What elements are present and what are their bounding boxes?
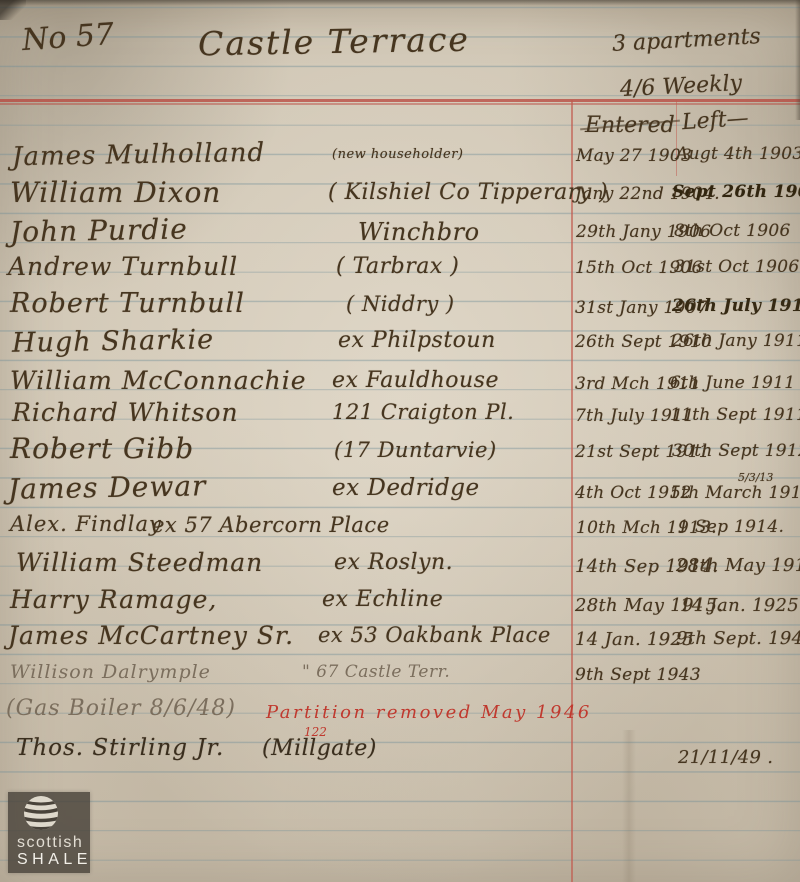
- tenant-origin: ex Roslyn.: [334, 550, 453, 575]
- left-date: 5th March 1913: [670, 483, 800, 503]
- table-row: Andrew Turnbull ( Tarbrax ) 15th Oct 190…: [0, 252, 800, 290]
- tenant-origin: ex Dedridge: [332, 475, 480, 501]
- tenant-name: William McConnachie: [10, 366, 307, 395]
- millgate-number: 122: [304, 725, 327, 739]
- photo-top-edge: [0, 0, 800, 6]
- tenant-origin: (new householder): [332, 147, 464, 162]
- left-date: 26th Jany 1911: [672, 331, 800, 351]
- tenant-origin: ex Fauldhouse: [332, 368, 499, 393]
- left-date: 26th July 1910: [672, 296, 800, 316]
- tenant-name: Richard Whitson: [12, 398, 239, 427]
- tenant-name: William Steedman: [16, 548, 263, 577]
- tenant-origin: (Millgate): [262, 736, 377, 761]
- left-date: 8th Oct 1906: [674, 221, 791, 241]
- street-name: Castle Terrace: [198, 20, 471, 64]
- tenant-origin: (17 Duntarvie): [334, 438, 497, 462]
- left-date: 11th Sept 1911: [670, 405, 800, 425]
- column-header-left: Left—: [681, 106, 749, 136]
- tenant-name: Harry Ramage,: [10, 585, 217, 614]
- tenant-name: Andrew Turnbull: [8, 252, 238, 281]
- house-number: No 57: [21, 17, 115, 58]
- tenant-name: John Purdie: [10, 212, 188, 248]
- tenant-origin: " 67 Castle Terr.: [302, 662, 450, 682]
- tenant-origin: ( Tarbrax ): [336, 254, 459, 279]
- tenant-name: Thos. Stirling Jr.: [16, 735, 224, 761]
- tenant-origin: Winchbro: [358, 218, 480, 246]
- tenant-origin: ( Niddry ): [346, 292, 455, 316]
- table-row: Alex. Findlay ex 57 Abercorn Place 10th …: [0, 512, 800, 550]
- tenant-name: William Dixon: [10, 176, 221, 209]
- table-row: Richard Whitson 121 Craigton Pl. 7th Jul…: [0, 398, 800, 436]
- tenant-origin: ( Kilshiel Co Tipperary ): [328, 180, 608, 205]
- entered-date: 9th Sept 1943: [575, 665, 701, 685]
- tenant-origin: ex 53 Oakbank Place: [318, 623, 551, 647]
- left-date: 21/11/49 .: [678, 747, 773, 768]
- tenant-origin: ex Echline: [322, 587, 443, 612]
- table-row: (Gas Boiler 8/6/48) Partition removed Ma…: [0, 696, 800, 734]
- gas-boiler-note: (Gas Boiler 8/6/48): [6, 696, 236, 721]
- table-row: Robert Gibb (17 Duntarvie) 21st Sept 191…: [0, 432, 800, 470]
- partition-note: Partition removed May 1946: [266, 702, 592, 723]
- left-date: 6th June 1911: [670, 373, 795, 393]
- tenant-name: Hugh Sharkie: [12, 324, 215, 359]
- left-date: 9th Sept. 1943: [676, 628, 800, 649]
- table-row: James McCartney Sr. ex 53 Oakbank Place …: [0, 621, 800, 659]
- tenant-name: Willison Dalrymple: [10, 661, 211, 683]
- table-row: James Mulholland (new householder) May 2…: [0, 140, 800, 178]
- entered-date: May 27 1903: [576, 146, 692, 166]
- tenant-name: James Mulholland: [12, 138, 266, 172]
- left-date: 14 Jan. 1925: [680, 595, 799, 616]
- table-row: Thos. Stirling Jr. (Millgate) 122 21/11/…: [0, 735, 800, 773]
- table-row: Willison Dalrymple " 67 Castle Terr. 9th…: [0, 661, 800, 699]
- left-date: 28th May 1915: [676, 555, 800, 576]
- tenant-origin: ex Philpstoun: [338, 328, 496, 353]
- ledger-page: No 57 Castle Terrace 3 apartments 4/6 We…: [0, 0, 800, 882]
- photo-right-edge: [795, 0, 800, 120]
- globe-icon: [8, 792, 90, 832]
- table-row: Hugh Sharkie ex Philpstoun 26th Sept 191…: [0, 326, 800, 364]
- tenant-name: Alex. Findlay: [10, 512, 162, 536]
- scottish-shale-watermark: scottish SHALE: [8, 792, 90, 873]
- table-row: John Purdie Winchbro 29th Jany 1906 8th …: [0, 214, 800, 252]
- left-date: 30th Sept 1912.: [672, 441, 800, 461]
- table-row: Harry Ramage, ex Echline 28th May 1915. …: [0, 585, 800, 623]
- table-row: William Dixon ( Kilshiel Co Tipperary ) …: [0, 176, 800, 214]
- left-date-note: 5/3/13: [738, 471, 773, 484]
- watermark-text-shale: SHALE: [17, 851, 92, 869]
- left-date: Augt 4th 1903: [676, 144, 800, 164]
- left-date: 1 Sep 1914.: [678, 517, 784, 537]
- tenant-origin: ex 57 Abercorn Place: [152, 513, 390, 537]
- tenant-name: Robert Turnbull: [10, 288, 245, 319]
- tenant-origin: 121 Craigton Pl.: [332, 400, 514, 424]
- watermark-text-scottish: scottish: [17, 834, 83, 852]
- table-row: Robert Turnbull ( Niddry ) 31st Jany 190…: [0, 288, 800, 326]
- table-row: James Dewar ex Dedridge 4th Oct 1912 5th…: [0, 471, 800, 509]
- red-header-rule-2: [0, 103, 800, 105]
- tenant-name: Robert Gibb: [10, 432, 194, 465]
- left-date: 31st Oct 1906: [674, 257, 799, 277]
- left-date: Sept 26th 1905: [672, 182, 800, 202]
- photo-corner: [0, 0, 26, 20]
- red-header-rule: [0, 99, 800, 102]
- tenant-name: James McCartney Sr.: [8, 621, 294, 650]
- tenant-name: James Dewar: [8, 469, 207, 505]
- table-row: William Steedman ex Roslyn. 14th Sep 191…: [0, 548, 800, 586]
